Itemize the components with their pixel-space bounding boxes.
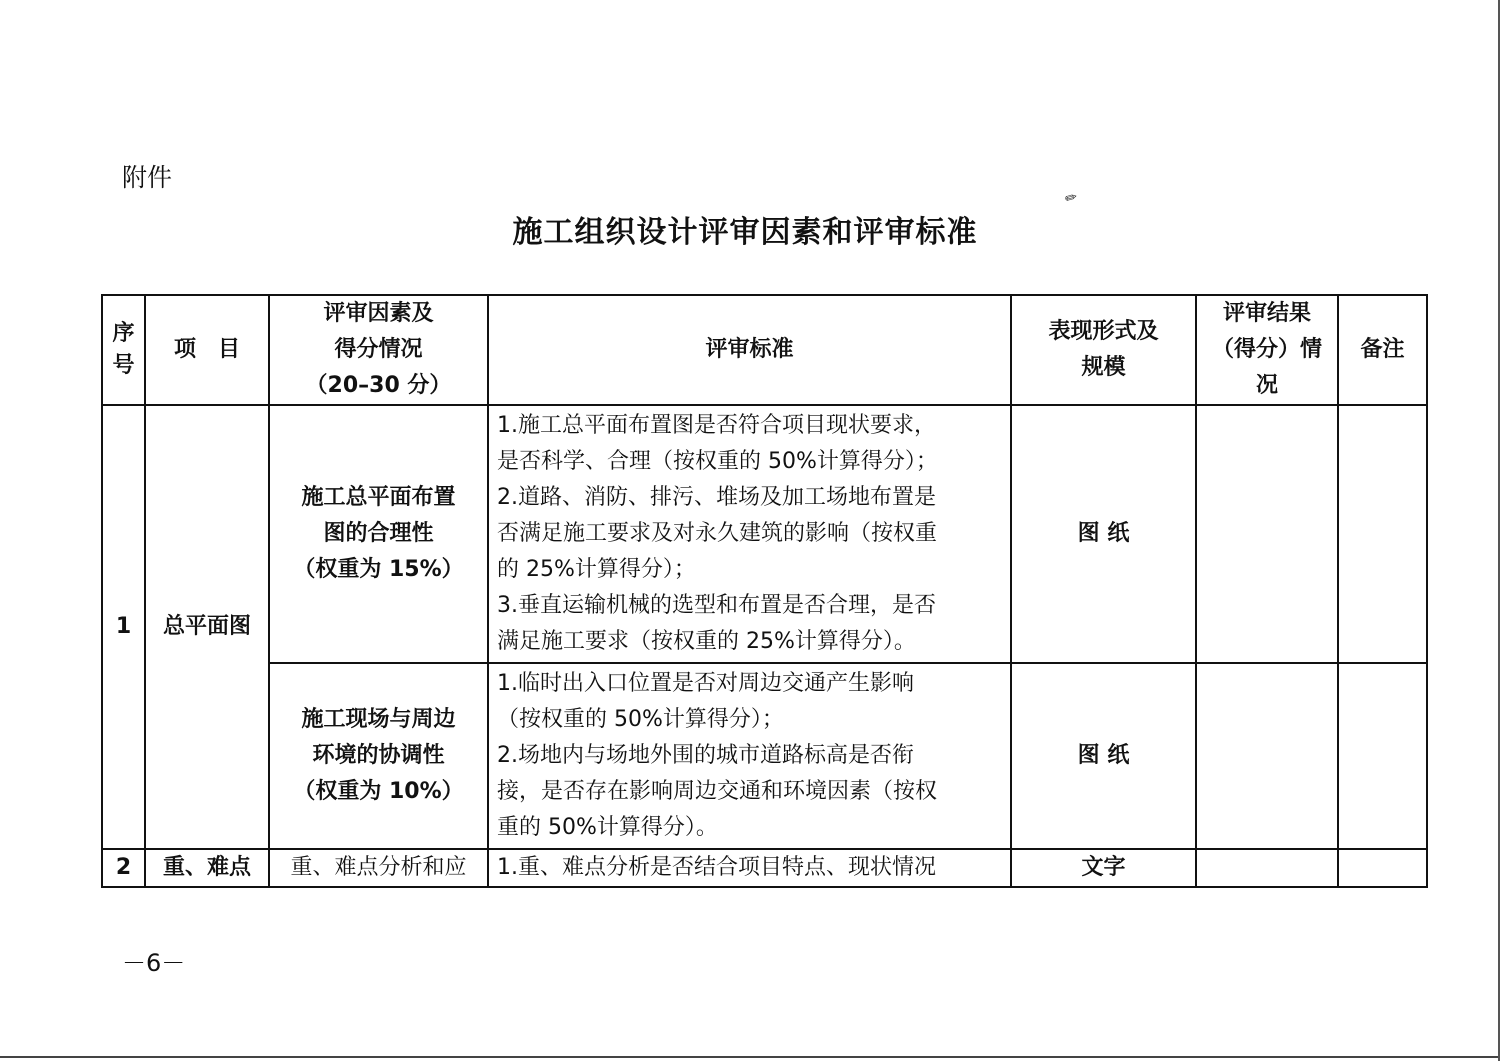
row-item: 重、难点 xyxy=(145,849,269,887)
header-criteria: 评审标准 xyxy=(488,295,1011,405)
header-result: 评审结果 （得分）情 况 xyxy=(1196,295,1338,405)
criteria-cell: 1.施工总平面布置图是否符合项目现状要求， 是否科学、合理（按权重的 50%计算… xyxy=(488,405,1011,663)
header-factor: 评审因素及 得分情况 （20–30 分） xyxy=(269,295,488,405)
header-form: 表现形式及 规模 xyxy=(1011,295,1196,405)
evaluation-table: 序号 项 目 评审因素及 得分情况 （20–30 分） 评审标准 表现形式及 规… xyxy=(101,294,1428,888)
result-cell xyxy=(1196,849,1338,887)
table-row: 1 总平面图 施工总平面布置 图的合理性 （权重为 15%） 1.施工总平面布置… xyxy=(102,405,1427,663)
header-item: 项 目 xyxy=(145,295,269,405)
handwritten-mark: ✎ xyxy=(1062,189,1082,207)
header-row: 序号 项 目 评审因素及 得分情况 （20–30 分） 评审标准 表现形式及 规… xyxy=(102,295,1427,405)
form-cell: 文字 xyxy=(1011,849,1196,887)
attachment-label: 附件 xyxy=(122,158,172,194)
remark-cell xyxy=(1338,405,1427,663)
header-seq: 序号 xyxy=(102,295,145,405)
document-title: 施工组织设计评审因素和评审标准 xyxy=(0,207,1500,251)
factor-cell: 施工现场与周边 环境的协调性 （权重为 10%） xyxy=(269,663,488,849)
table-row: 2 重、难点 重、难点分析和应 1.重、难点分析是否结合项目特点、现状情况 文字 xyxy=(102,849,1427,887)
row-item: 总平面图 xyxy=(145,405,269,849)
remark-cell xyxy=(1338,849,1427,887)
remark-cell xyxy=(1338,663,1427,849)
factor-cell: 施工总平面布置 图的合理性 （权重为 15%） xyxy=(269,405,488,663)
scan-border-bottom xyxy=(0,1056,1500,1058)
result-cell xyxy=(1196,663,1338,849)
form-cell: 图 纸 xyxy=(1011,405,1196,663)
row-seq: 1 xyxy=(102,405,145,849)
table-row: 施工现场与周边 环境的协调性 （权重为 10%） 1.临时出入口位置是否对周边交… xyxy=(102,663,1427,849)
row-seq: 2 xyxy=(102,849,145,887)
factor-cell: 重、难点分析和应 xyxy=(269,849,488,887)
form-cell: 图 纸 xyxy=(1011,663,1196,849)
header-remark: 备注 xyxy=(1338,295,1427,405)
criteria-cell: 1.重、难点分析是否结合项目特点、现状情况 xyxy=(488,849,1011,887)
criteria-cell: 1.临时出入口位置是否对周边交通产生影响 （按权重的 50%计算得分）； 2.场… xyxy=(488,663,1011,849)
page-number: －6－ xyxy=(122,943,185,978)
result-cell xyxy=(1196,405,1338,663)
